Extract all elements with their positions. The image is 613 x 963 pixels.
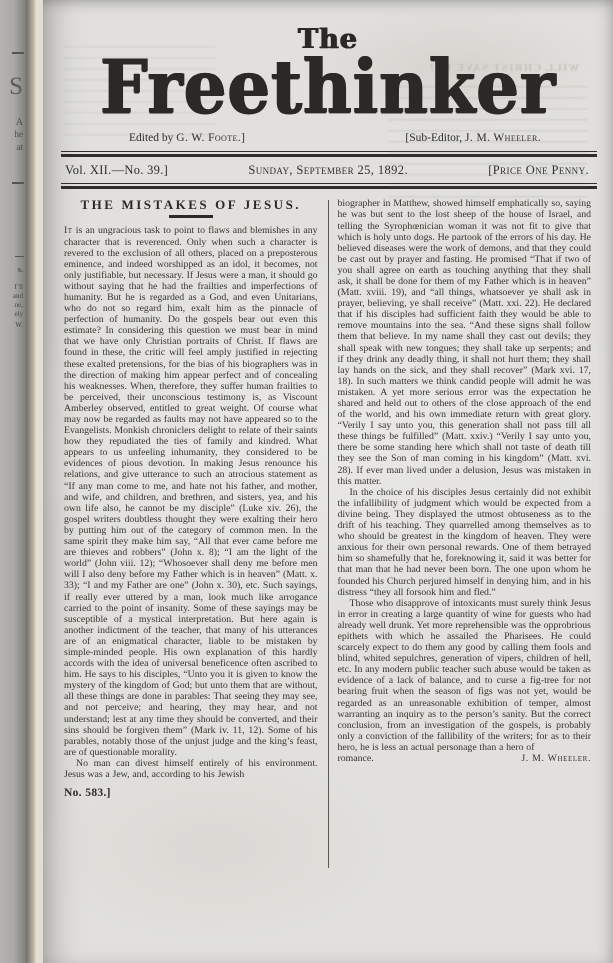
article-paragraph: Those who disapprove of intoxicants must… xyxy=(338,598,592,753)
edited-by-prefix: Edited by xyxy=(129,132,176,144)
spine-text-fragment: and xyxy=(13,293,23,300)
editor-name: G. W. Foote.] xyxy=(176,132,245,144)
title-rule xyxy=(169,215,213,218)
newspaper-scan: S A he at s. I’ll and ne, ely W. WILL CH… xyxy=(0,0,613,963)
spine-text-fragment: S xyxy=(9,74,23,99)
adjacent-page-edge: S A he at s. I’ll and ne, ely W. xyxy=(0,0,26,963)
article-paragraph: biographer in Matthew, showed himself em… xyxy=(338,198,592,486)
sub-editor: [Sub-Editor, J. M. Wheeler. xyxy=(405,132,541,144)
column-divider-rule xyxy=(328,200,329,868)
double-rule-bottom xyxy=(61,183,597,189)
spine-text-fragment: A xyxy=(16,118,23,128)
article-paragraph: No man can divest himself entirely of hi… xyxy=(64,758,318,780)
spine-text-fragment: he xyxy=(15,130,24,139)
paragraph-text: is an ungracious task to point to flaws … xyxy=(64,225,318,757)
spine-text-fragment: I’ll xyxy=(14,284,23,291)
masthead: The Freethinker Edited by G. W. Foote.] … xyxy=(43,0,613,144)
spine-text-fragment: W. xyxy=(15,322,23,329)
masthead-title: Freethinker xyxy=(43,50,613,125)
signature-row: romance. J. M. Wheeler. xyxy=(338,753,592,764)
newspaper-page: WILL CHRIST SAVE US? The Freethinker Edi… xyxy=(43,0,613,963)
article-paragraph: It is an ungracious task to point to fla… xyxy=(64,225,318,758)
closing-word: romance. xyxy=(338,753,374,764)
page-gutter-fold xyxy=(26,0,43,963)
article-title: THE MISTAKES OF JESUS. xyxy=(64,199,318,210)
spine-text-fragment: s. xyxy=(18,266,23,274)
article-paragraph: In the choice of his disciples Jesus cer… xyxy=(338,487,592,598)
spine-text-fragment: ely xyxy=(14,311,23,318)
sub-editor-name: J. M. Wheeler. xyxy=(465,132,541,144)
spine-text-fragment: ne, xyxy=(15,302,23,309)
spine-rule-fragment xyxy=(12,182,24,184)
left-column: THE MISTAKES OF JESUS. It is an ungracio… xyxy=(64,198,318,799)
article-area: THE MISTAKES OF JESUS. It is an ungracio… xyxy=(64,198,591,799)
author-signature: J. M. Wheeler. xyxy=(521,753,591,764)
spine-rule-fragment xyxy=(12,52,24,54)
paragraph-lead: It xyxy=(64,225,73,236)
dateline: Vol. XII.—No. 39.] Sunday, September 25,… xyxy=(43,157,613,183)
right-column: biographer in Matthew, showed himself em… xyxy=(338,198,592,799)
volume-number: Vol. XII.—No. 39.] xyxy=(65,163,168,178)
issue-number: No. 583.] xyxy=(64,788,318,799)
edited-by: Edited by G. W. Foote.] xyxy=(129,132,245,144)
spine-text-fragment: at xyxy=(17,143,24,152)
sub-editor-prefix: [Sub-Editor, xyxy=(405,132,465,144)
spine-rule-fragment xyxy=(15,256,24,257)
price: [Price One Penny. xyxy=(488,163,589,178)
issue-date: Sunday, September 25, 1892. xyxy=(248,163,408,178)
